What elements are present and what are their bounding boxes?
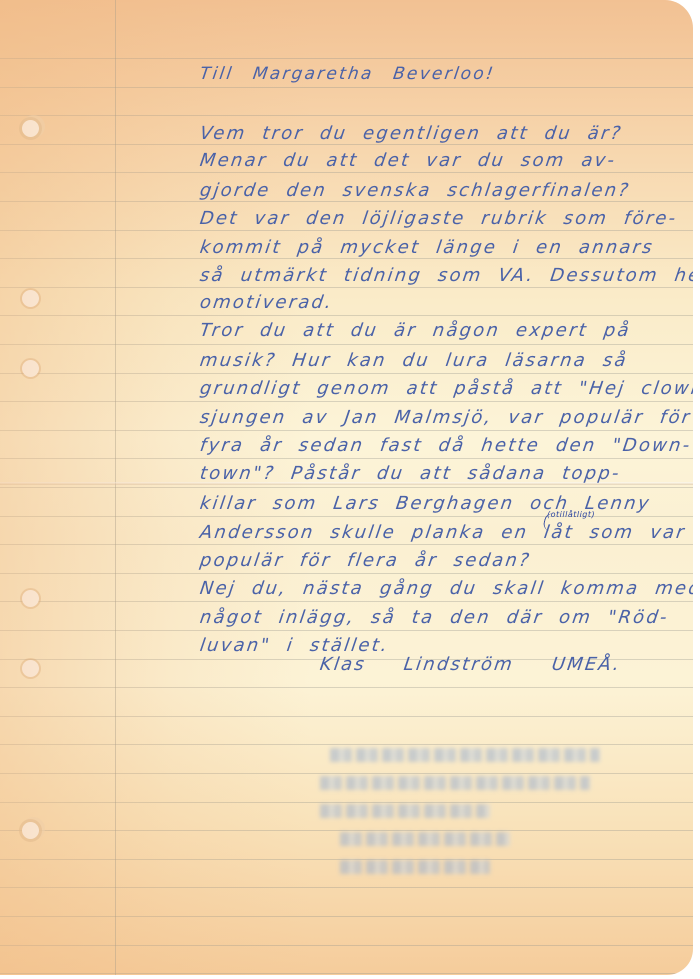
redacted-address [310,740,600,890]
redacted-line [330,748,600,762]
letter-line: sjungen av Jan Malmsjö, var populär för [199,407,693,428]
letter-line: fyra år sedan fast då hette den "Down- [199,435,693,456]
letter-line: Det var den löjligaste rubrik som före- [199,208,679,229]
redacted-line [340,832,510,846]
letter-paper: Till Margaretha Beverloo! Vem tror du eg… [0,0,693,975]
redacted-line [340,860,490,874]
letter-line: town"? Påstår du att sådana topp- [199,463,623,484]
letter-line: grundligt genom att påstå att "Hej clown… [199,378,693,399]
redacted-line [320,776,590,790]
letter-line: Andersson skulle planka en låt som var [199,522,688,543]
letter-line: något inlägg, så ta den där om "Röd- [199,607,671,628]
letter-line: luvan" i stället. [199,635,391,656]
salutation: Till Margaretha Beverloo! [199,64,497,84]
signature-name: Klas Lindström [319,654,516,675]
letter-line: populär för flera år sedan? [199,550,533,571]
letter-line: omotiverad. [199,292,335,313]
letter-line: gjorde den svenska schlagerfinalen? [199,180,632,201]
letter-line: så utmärkt tidning som VA. Dessutom helt [199,265,693,286]
letter-line: Nej du, nästa gång du skall komma med [199,578,693,599]
letter-line: Menar du att det var du som av- [199,150,618,171]
signature-place: UMEÅ. [550,654,622,675]
redacted-line [320,804,490,818]
letter-line: kommit på mycket länge i en annars [199,237,656,258]
letter-line: Tror du att du är någon expert på [199,320,633,341]
letter-line: Vem tror du egentligen att du är? [199,123,624,144]
insertion-note: (otillåtligt) [547,510,595,519]
letter-line: musik? Hur kan du lura läsarna så [199,350,630,371]
signature: Klas Lindström UMEÅ. [319,654,623,675]
